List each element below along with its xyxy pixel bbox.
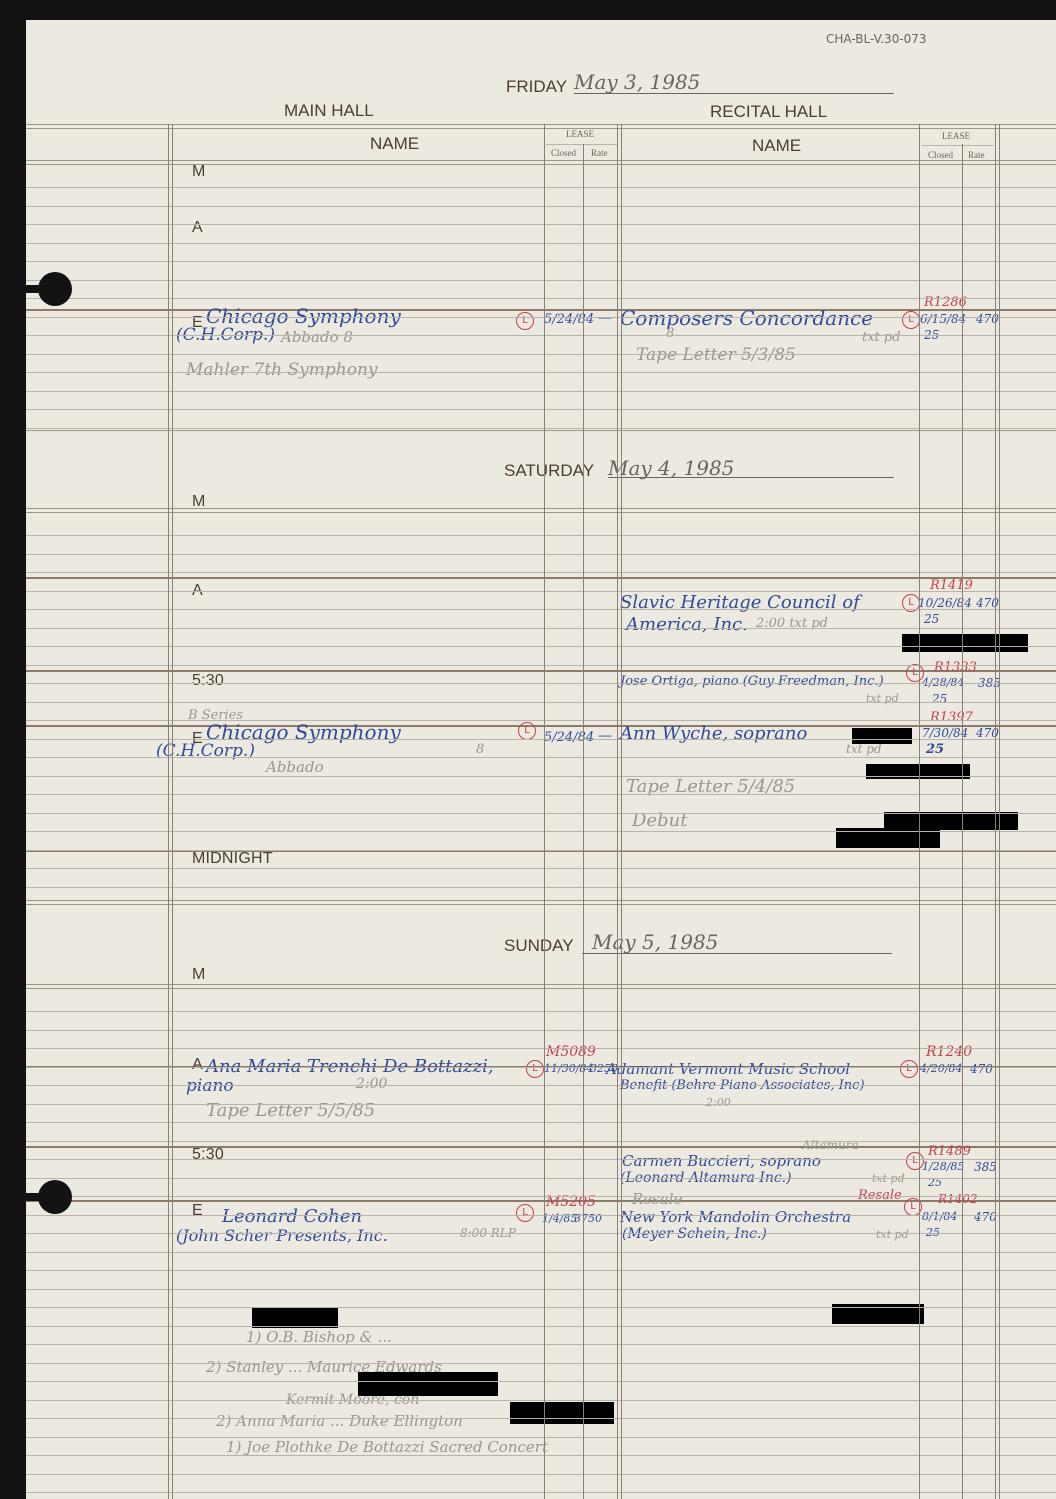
redaction: [510, 1402, 614, 1424]
date-friday: May 3, 1985: [574, 70, 700, 94]
rate-header-main: Rate: [591, 148, 608, 158]
recital-hall-header: RECITAL HALL: [710, 102, 827, 122]
rate-header-recital: Rate: [968, 150, 985, 160]
slot-label: 5:30: [192, 1146, 224, 1164]
day-label-friday: FRIDAY: [506, 77, 567, 97]
closed-header-main: Closed: [551, 148, 576, 158]
slot-label: M: [192, 493, 206, 511]
redaction: [852, 728, 912, 744]
slot-label: E: [192, 1202, 203, 1220]
slot-label: A: [192, 219, 203, 237]
slot-label: 5:30: [192, 672, 224, 690]
date-sunday: May 5, 1985: [592, 930, 718, 954]
slot-label: M: [192, 163, 206, 181]
day-label-sunday: SUNDAY: [504, 936, 574, 956]
redaction: [252, 1308, 338, 1328]
slot-label: A: [192, 1056, 203, 1074]
name-column-header-recital: NAME: [752, 136, 801, 156]
redaction: [902, 634, 1028, 652]
reference-code: CHA-BL-V.30-073: [826, 32, 927, 46]
lease-header-recital: LEASE: [942, 131, 970, 141]
slot-label: MIDNIGHT: [192, 850, 273, 868]
ledger-page: CHA-BL-V.30-073 FRIDAY May 3, 1985 MAIN …: [26, 20, 1056, 1499]
closed-header-recital: Closed: [928, 150, 953, 160]
slot-label: M: [192, 966, 206, 984]
lease-header-main: LEASE: [566, 129, 594, 139]
name-column-header-main: NAME: [370, 134, 419, 154]
redaction: [358, 1372, 498, 1396]
day-label-saturday: SATURDAY: [504, 461, 594, 481]
main-hall-header: MAIN HALL: [284, 101, 374, 121]
